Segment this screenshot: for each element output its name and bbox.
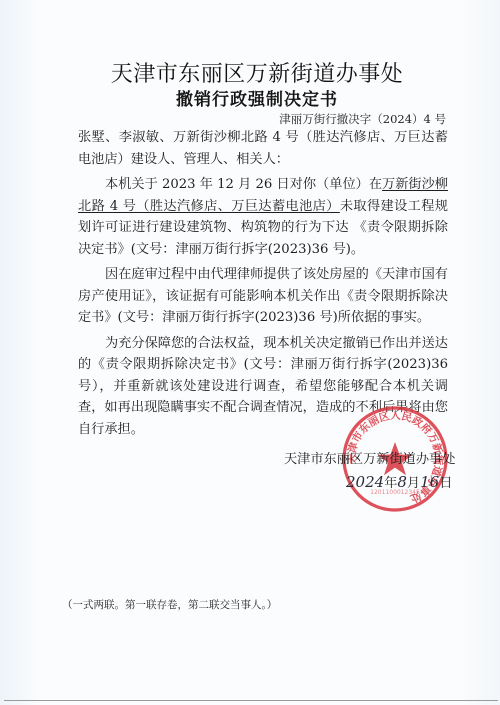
document-number: 津丽万街行撤决字（2024）4 号 [279,111,446,127]
date-month-char: 月 [407,476,420,491]
date-month-handwritten: 8 [397,473,407,491]
document-subtitle: 撤销行政强制决定书 [0,85,500,110]
date-day-handwritten: 16 [420,473,439,491]
signature-issuer: 天津市东丽区万新街道办事处 [284,448,455,467]
addressee-line: 张墅、李淑敏、万新街沙柳北路 4 号（胜达汽修店、万巨达蓄电池店）建设人、管理人… [78,127,448,170]
paragraph-2: 因在庭审过程中由代理律师提供了该处房屋的《天津市国有房产使用证》，该证据有可能影… [78,264,448,329]
paragraph-1: 本机关于 2023 年 12 月 26 日对你（单位）在万新街沙柳北路 4 号（… [78,174,448,260]
date-day-char: 日 [439,476,452,491]
date-year-handwritten: 2024 [346,473,384,491]
copies-footnote: （一式两联。第一联存卷，第二联交当事人。） [62,597,277,612]
signature-date: 2024年8月16日 [346,472,452,491]
paragraph-1-lead: 本机关于 2023 年 12 月 26 日对你（单位）在 [105,177,382,192]
document-body: 张墅、李淑敏、万新街沙柳北路 4 号（胜达汽修店、万巨达蓄电池店）建设人、管理人… [78,127,448,440]
date-year-char: 年 [384,476,397,491]
issuer-title: 天津市东丽区万新街道办事处 [0,57,500,88]
scan-edge-line [4,700,498,701]
